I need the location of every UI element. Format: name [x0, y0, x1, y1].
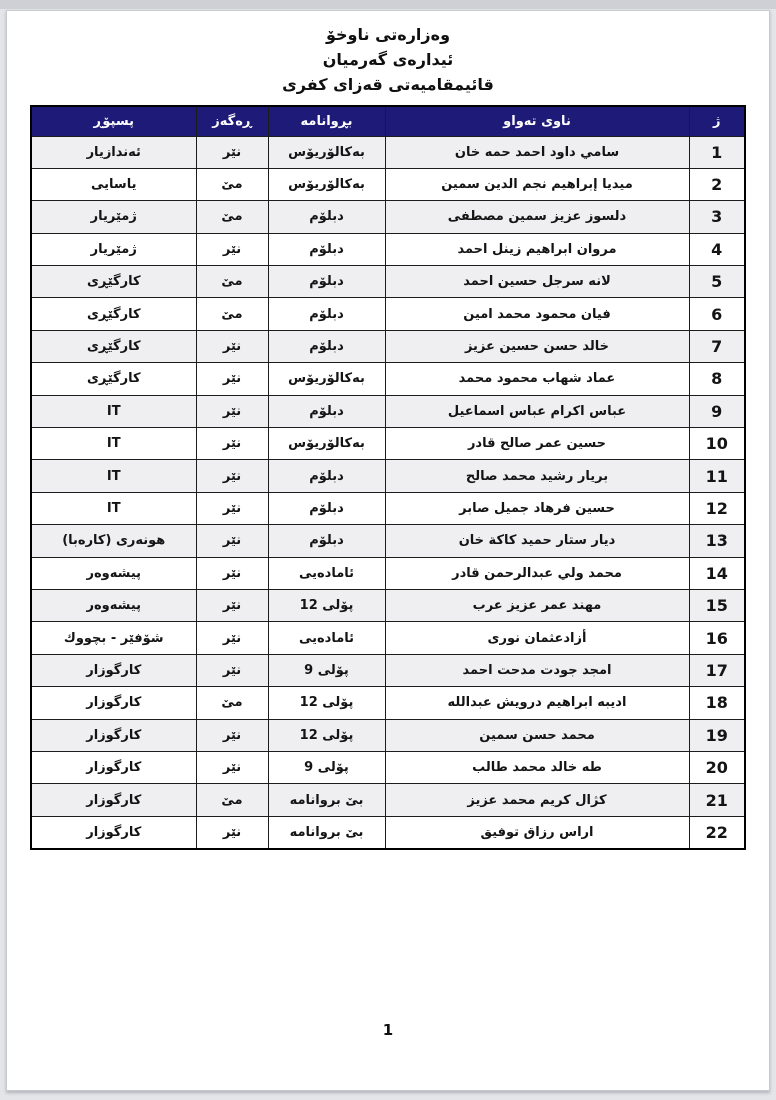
cell-certificate: دبلۆم: [268, 395, 385, 427]
cell-number: 14: [689, 557, 745, 589]
cell-certificate: پۆلی 12: [268, 719, 385, 751]
cell-certificate: بەکالۆریۆس: [268, 136, 385, 168]
table-row: 20طه خالد محمد طالبپۆلی 9نێرکارگوزار: [31, 751, 745, 783]
cell-full-name: دیار ستار حمید کاکة خان: [385, 525, 689, 557]
cell-full-name: خالد حسن حسین عزیز: [385, 330, 689, 362]
table-row: 15مهند عمر عزیز عربپۆلی 12نێرپیشەوەر: [31, 589, 745, 621]
cell-full-name: حسین عمر صالح قادر: [385, 428, 689, 460]
cell-gender: مێ: [196, 298, 268, 330]
cell-number: 6: [689, 298, 745, 330]
cell-gender: نێر: [196, 428, 268, 460]
cell-gender: نێر: [196, 751, 268, 783]
cell-gender: نێر: [196, 589, 268, 621]
cell-number: 17: [689, 654, 745, 686]
table-row: 5لانه سرجل حسین احمددبلۆممێکارگێڕی: [31, 266, 745, 298]
cell-full-name: فیان محمود محمد امین: [385, 298, 689, 330]
cell-specialty: ژمێریار: [31, 201, 196, 233]
cell-certificate: ئامادەیی: [268, 557, 385, 589]
cell-gender: نێر: [196, 395, 268, 427]
cell-certificate: پۆلی 12: [268, 589, 385, 621]
cell-certificate: دبلۆم: [268, 460, 385, 492]
cell-full-name: أزادعثمان نوری: [385, 622, 689, 654]
cell-full-name: عباس اکرام عباس اسماعیل: [385, 395, 689, 427]
cell-certificate: دبلۆم: [268, 298, 385, 330]
cell-specialty: IT: [31, 428, 196, 460]
cell-gender: نێر: [196, 460, 268, 492]
cell-number: 10: [689, 428, 745, 460]
cell-full-name: مروان ابراهیم زینل احمد: [385, 233, 689, 265]
cell-specialty: پیشەوەر: [31, 557, 196, 589]
cell-specialty: شۆفێر - بچووك: [31, 622, 196, 654]
page-number: 1: [7, 1021, 769, 1039]
cell-specialty: پیشەوەر: [31, 589, 196, 621]
table-row: 13دیار ستار حمید کاکة خاندبلۆمنێرهونەری …: [31, 525, 745, 557]
cell-full-name: دلسوز عزیز سمین مصطفی: [385, 201, 689, 233]
table-row: 4مروان ابراهیم زینل احمددبلۆمنێرژمێریار: [31, 233, 745, 265]
table-body: 1سامي داود احمد حمه خانبەکالۆریۆسنێرئەند…: [31, 136, 745, 849]
cell-number: 1: [689, 136, 745, 168]
cell-number: 4: [689, 233, 745, 265]
cell-full-name: محمد ولي عبدالرحمن قادر: [385, 557, 689, 589]
table-row: 11بریار رشید محمد صالحدبلۆمنێرIT: [31, 460, 745, 492]
cell-certificate: دبلۆم: [268, 201, 385, 233]
column-header-full-name: ناوی تەواو: [385, 106, 689, 136]
cell-number: 13: [689, 525, 745, 557]
table-row: 16أزادعثمان نوریئامادەیینێرشۆفێر - بچووك: [31, 622, 745, 654]
cell-full-name: حسین فرهاد جمیل صابر: [385, 492, 689, 524]
cell-certificate: دبلۆم: [268, 492, 385, 524]
table-row: 21کژال کریم محمد عزیزبێ بروانامەمێکارگوز…: [31, 784, 745, 816]
cell-gender: نێر: [196, 330, 268, 362]
table-row: 6فیان محمود محمد امیندبلۆممێکارگێڕی: [31, 298, 745, 330]
cell-full-name: ادیبه ابراهیم درویش عبدالله: [385, 687, 689, 719]
table-row: 1سامي داود احمد حمه خانبەکالۆریۆسنێرئەند…: [31, 136, 745, 168]
cell-specialty: کارگوزار: [31, 687, 196, 719]
cell-full-name: لانه سرجل حسین احمد: [385, 266, 689, 298]
cell-gender: مێ: [196, 201, 268, 233]
cell-full-name: مهند عمر عزیز عرب: [385, 589, 689, 621]
cell-number: 22: [689, 816, 745, 848]
table-row: 22اراس رزاق توفیقبێ بروانامەنێرکارگوزار: [31, 816, 745, 848]
cell-number: 20: [689, 751, 745, 783]
column-header-number: ژ: [689, 106, 745, 136]
cell-specialty: کارگوزار: [31, 654, 196, 686]
cell-gender: نێر: [196, 557, 268, 589]
table-row: 8عماد شهاب محمود محمدبەکالۆریۆسنێرکارگێڕ…: [31, 363, 745, 395]
cell-gender: مێ: [196, 266, 268, 298]
cell-full-name: میدیا إبراهیم نجم الدین سمین: [385, 168, 689, 200]
cell-specialty: کارگوزار: [31, 751, 196, 783]
background-top-strip: [0, 0, 776, 9]
cell-certificate: دبلۆم: [268, 330, 385, 362]
cell-specialty: کارگوزار: [31, 719, 196, 751]
cell-gender: نێر: [196, 233, 268, 265]
cell-specialty: IT: [31, 492, 196, 524]
cell-specialty: کارگێڕی: [31, 363, 196, 395]
document-page: وەزارەتی ناوخۆ ئیدارەی گەرمیان قائیمقامی…: [6, 10, 770, 1091]
cell-specialty: کارگێڕی: [31, 298, 196, 330]
cell-full-name: اراس رزاق توفیق: [385, 816, 689, 848]
table-row: 18ادیبه ابراهیم درویش عبداللهپۆلی 12مێکا…: [31, 687, 745, 719]
table-header-row: ژ ناوی تەواو بڕوانامە ڕەگەز پسپۆڕ: [31, 106, 745, 136]
document-header: وەزارەتی ناوخۆ ئیدارەی گەرمیان قائیمقامی…: [7, 11, 769, 97]
cell-gender: نێر: [196, 816, 268, 848]
table-row: 14محمد ولي عبدالرحمن قادرئامادەیینێرپیشە…: [31, 557, 745, 589]
cell-number: 2: [689, 168, 745, 200]
table-row: 19محمد حسن سمینپۆلی 12نێرکارگوزار: [31, 719, 745, 751]
cell-full-name: طه خالد محمد طالب: [385, 751, 689, 783]
cell-certificate: پۆلی 9: [268, 751, 385, 783]
cell-certificate: بێ بروانامە: [268, 784, 385, 816]
cell-full-name: محمد حسن سمین: [385, 719, 689, 751]
table-row: 12حسین فرهاد جمیل صابردبلۆمنێرIT: [31, 492, 745, 524]
cell-number: 21: [689, 784, 745, 816]
cell-full-name: عماد شهاب محمود محمد: [385, 363, 689, 395]
cell-number: 3: [689, 201, 745, 233]
cell-gender: نێر: [196, 622, 268, 654]
cell-certificate: بەکالۆریۆس: [268, 363, 385, 395]
district-title: قائیمقامیەتی قەزای کفری: [7, 72, 769, 97]
cell-gender: نێر: [196, 492, 268, 524]
cell-certificate: دبلۆم: [268, 233, 385, 265]
cell-gender: مێ: [196, 784, 268, 816]
cell-number: 15: [689, 589, 745, 621]
table-row: 10حسین عمر صالح قادربەکالۆریۆسنێرIT: [31, 428, 745, 460]
cell-certificate: پۆلی 12: [268, 687, 385, 719]
cell-full-name: سامي داود احمد حمه خان: [385, 136, 689, 168]
cell-specialty: کارگوزار: [31, 784, 196, 816]
ministry-title: وەزارەتی ناوخۆ: [7, 22, 769, 47]
table-row: 3دلسوز عزیز سمین مصطفیدبلۆممێژمێریار: [31, 201, 745, 233]
cell-gender: نێر: [196, 525, 268, 557]
cell-specialty: هونەری (کارەبا): [31, 525, 196, 557]
cell-full-name: کژال کریم محمد عزیز: [385, 784, 689, 816]
cell-full-name: بریار رشید محمد صالح: [385, 460, 689, 492]
cell-number: 18: [689, 687, 745, 719]
cell-specialty: یاسایی: [31, 168, 196, 200]
table-row: 17امجد جودت مدحت احمدپۆلی 9نێرکارگوزار: [31, 654, 745, 686]
administration-title: ئیدارەی گەرمیان: [7, 47, 769, 72]
table-row: 7خالد حسن حسین عزیزدبلۆمنێرکارگێڕی: [31, 330, 745, 362]
cell-number: 7: [689, 330, 745, 362]
cell-gender: نێر: [196, 363, 268, 395]
cell-number: 11: [689, 460, 745, 492]
cell-gender: مێ: [196, 687, 268, 719]
cell-certificate: دبلۆم: [268, 266, 385, 298]
cell-number: 16: [689, 622, 745, 654]
cell-specialty: IT: [31, 395, 196, 427]
cell-certificate: بەکالۆریۆس: [268, 428, 385, 460]
cell-number: 12: [689, 492, 745, 524]
table-row: 2میدیا إبراهیم نجم الدین سمینبەکالۆریۆسم…: [31, 168, 745, 200]
staff-roster-table: ژ ناوی تەواو بڕوانامە ڕەگەز پسپۆڕ 1سامي …: [30, 105, 746, 850]
column-header-gender: ڕەگەز: [196, 106, 268, 136]
cell-specialty: IT: [31, 460, 196, 492]
cell-specialty: کارگوزار: [31, 816, 196, 848]
cell-number: 5: [689, 266, 745, 298]
column-header-specialty: پسپۆڕ: [31, 106, 196, 136]
cell-full-name: امجد جودت مدحت احمد: [385, 654, 689, 686]
table-row: 9عباس اکرام عباس اسماعیلدبلۆمنێرIT: [31, 395, 745, 427]
cell-number: 8: [689, 363, 745, 395]
cell-certificate: بەکالۆریۆس: [268, 168, 385, 200]
cell-number: 9: [689, 395, 745, 427]
cell-certificate: دبلۆم: [268, 525, 385, 557]
cell-gender: نێر: [196, 136, 268, 168]
column-header-certificate: بڕوانامە: [268, 106, 385, 136]
cell-specialty: ژمێریار: [31, 233, 196, 265]
cell-certificate: پۆلی 9: [268, 654, 385, 686]
cell-specialty: کارگێڕی: [31, 330, 196, 362]
cell-specialty: ئەندازیار: [31, 136, 196, 168]
cell-specialty: کارگێڕی: [31, 266, 196, 298]
cell-number: 19: [689, 719, 745, 751]
cell-gender: نێر: [196, 654, 268, 686]
cell-gender: مێ: [196, 168, 268, 200]
cell-certificate: ئامادەیی: [268, 622, 385, 654]
cell-gender: نێر: [196, 719, 268, 751]
cell-certificate: بێ بروانامە: [268, 816, 385, 848]
